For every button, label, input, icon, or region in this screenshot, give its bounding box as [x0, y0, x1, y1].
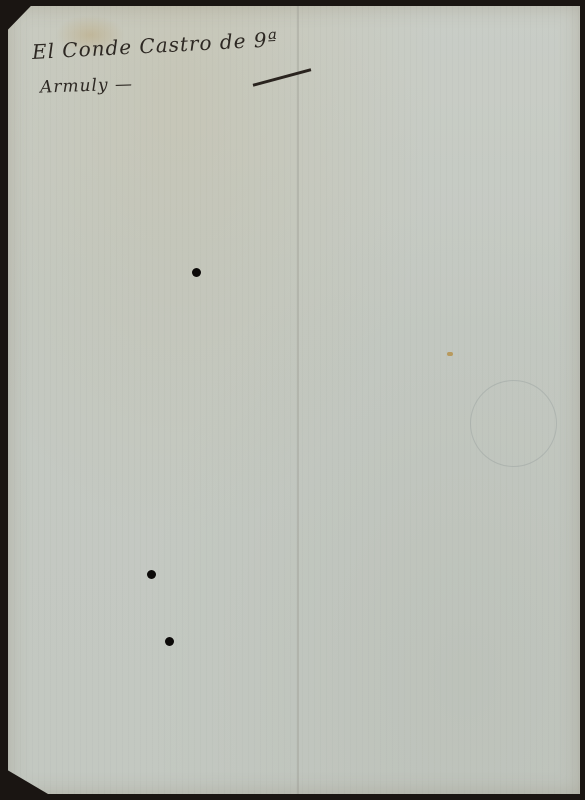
center-fold-line: [297, 6, 299, 794]
foxing-speck: [447, 352, 453, 356]
inscription-line-2: Armuly —: [40, 74, 134, 97]
faint-watermark-seal: [470, 380, 557, 467]
punch-hole-2: [147, 570, 156, 579]
punch-hole-1: [192, 268, 201, 277]
punch-hole-3: [165, 637, 174, 646]
